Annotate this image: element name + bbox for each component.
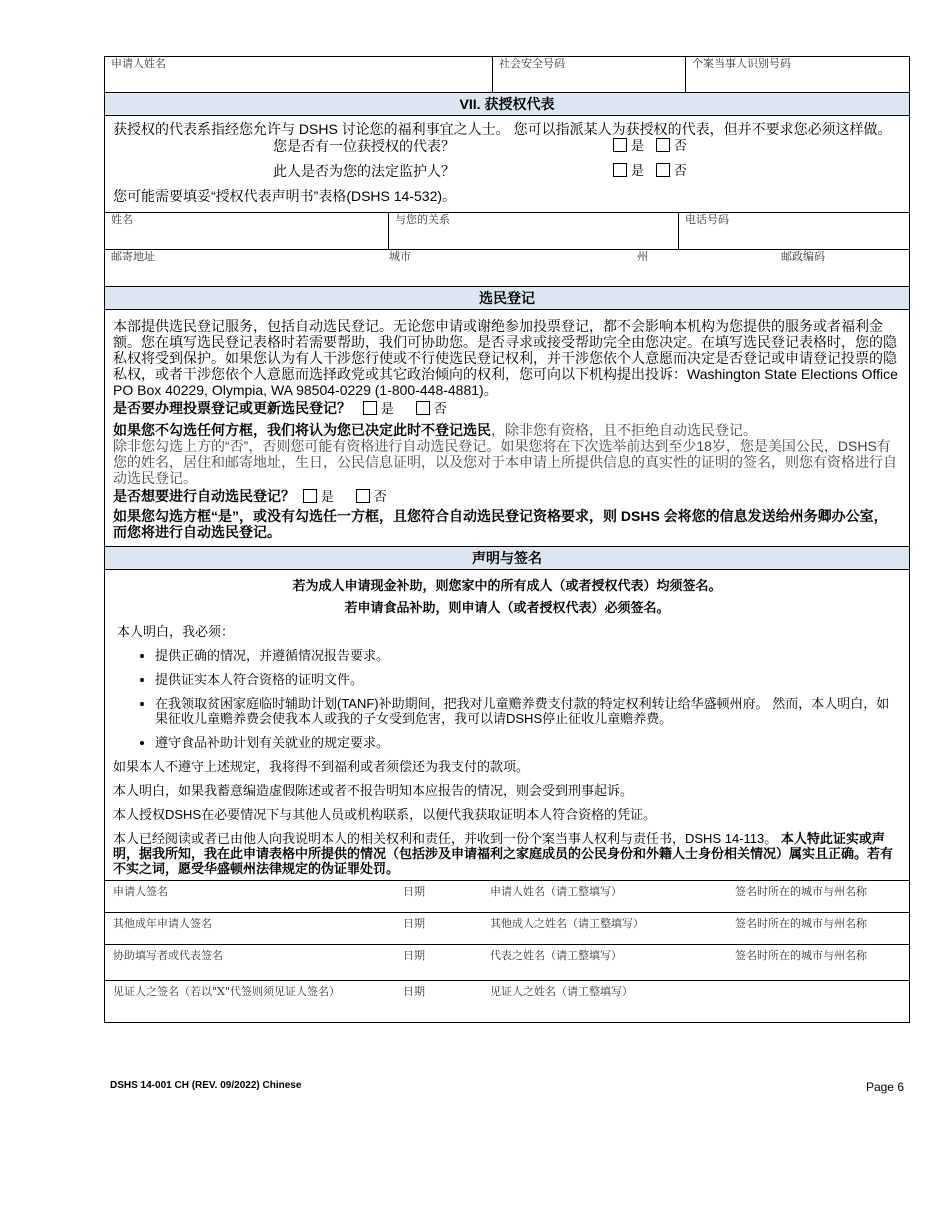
- representative-printed-name-label: 代表之姓名（请工整填写）: [490, 947, 735, 980]
- date-label: 日期: [403, 947, 490, 980]
- authorized-rep-intro: 获授权的代表系指经您允许与 DSHS 讨论您的福利事宜之人士。 您可以指派某人为…: [113, 122, 901, 137]
- client-id-label: 个案当事人识别号码: [692, 57, 791, 70]
- mailing-address-label: 邮寄地址: [105, 250, 161, 264]
- ssn-label: 社会安全号码: [499, 57, 565, 70]
- has-rep-no-checkbox[interactable]: [656, 138, 670, 152]
- yes-label: 是: [381, 402, 394, 417]
- page-footer: DSHS 14-001 CH (REV. 09/2022) Chinese Pa…: [110, 1080, 904, 1094]
- rep-phone-label: 电话号码: [685, 213, 729, 226]
- signature-block: 申请人签名 日期 申请人姓名（请工整填写） 签名时所在的城市与州名称 其他成年申…: [105, 880, 909, 1022]
- client-id-field[interactable]: 个案当事人识别号码: [685, 57, 909, 92]
- rep-relationship-field[interactable]: 与您的关系: [388, 213, 678, 249]
- authorized-rep-info: 获授权的代表系指经您允许与 DSHS 讨论您的福利事宜之人士。 您可以指派某人为…: [105, 116, 909, 212]
- auto-registration-paragraph: 除非您勾选上方的“否”，否则您可能有资格进行自动选民登记。如果您将在下次选举前达…: [113, 438, 901, 486]
- witness-signature-row[interactable]: 见证人之签名（若以"X"代签则须见证人签名） 日期 见证人之姓名（请工整填写）: [105, 980, 909, 1022]
- obligation-item: 提供正确的情况，并遵循情况报告要求。: [155, 648, 901, 663]
- date-label: 日期: [403, 915, 490, 944]
- certification-normal: 本人已经阅读或者已由他人向我说明本人的相关权利和责任，并收到一份个案当事人权利与…: [113, 831, 781, 846]
- no-label: 否: [374, 490, 387, 505]
- signing-city-state-label: 签名时所在的城市与州名称: [735, 947, 909, 980]
- register-no-checkbox[interactable]: [416, 401, 430, 415]
- other-adult-printed-name-label: 其他成人之姓名（请工整填写）: [490, 915, 735, 944]
- rep-relationship-label: 与您的关系: [395, 213, 450, 226]
- noncompliance-statement: 如果本人不遵守上述规定，我将得不到福利或者须偿还为我支付的款项。: [113, 759, 901, 775]
- applicant-signature-row[interactable]: 申请人签名 日期 申请人姓名（请工整填写） 签名时所在的城市与州名称: [105, 880, 909, 912]
- applicant-printed-name-label: 申请人姓名（请工整填写）: [490, 883, 735, 912]
- zip-label: 邮政编码: [775, 250, 831, 264]
- contact-authorization: 本人授权DSHS在必要情况下与其他人员或机构联系，以便代我获取证明本人符合资格的…: [113, 807, 901, 823]
- rep-address-row[interactable]: 邮寄地址 城市 州 邮政编码: [105, 249, 909, 286]
- guardian-yes-checkbox[interactable]: [613, 163, 627, 177]
- representative-signature-label: 协助填写者或代表签名: [105, 947, 403, 980]
- obligations-list: 提供正确的情况，并遵循情况报告要求。 提供证实本人符合资格的证明文件。 在我领取…: [113, 648, 901, 750]
- yes-label: 是: [631, 164, 644, 179]
- certification-statement: 本人已经阅读或者已由他人向我说明本人的相关权利和责任，并收到一份个案当事人权利与…: [113, 831, 901, 876]
- food-assistance-signature-note: 若申请食品补助，则申请人（或者授权代表）必须签名。: [113, 600, 901, 616]
- page-number: Page 6: [866, 1080, 904, 1094]
- no-check-notice-rest: ，除非您有资格，且不拒绝自动选民登记。: [491, 422, 757, 438]
- section-authorized-representative-header: VII. 获授权代表: [105, 92, 909, 116]
- voter-registration-body: 本部提供选民登记服务，包括自动选民登记。无论您申请或谢绝参加投票登记，都不会影响…: [105, 310, 909, 546]
- other-adult-signature-row[interactable]: 其他成年申请人签名 日期 其他成人之姓名（请工整填写） 签名时所在的城市与州名称: [105, 912, 909, 944]
- register-yes-checkbox[interactable]: [363, 401, 377, 415]
- no-label: 否: [434, 402, 447, 417]
- auto-register-question-line: 是否想要进行自动选民登记？ 是 否: [113, 488, 901, 506]
- guardian-no-checkbox[interactable]: [656, 163, 670, 177]
- no-label: 否: [674, 164, 687, 179]
- witness-signature-label: 见证人之签名（若以"X"代签则须见证人签名）: [105, 983, 403, 1022]
- legal-guardian-question: 此人是否为您的法定监护人？: [273, 163, 455, 179]
- auto-register-yes-checkbox[interactable]: [303, 489, 317, 503]
- voter-info-paragraph: 本部提供选民登记服务，包括自动选民登记。无论您申请或谢绝参加投票登记，都不会影响…: [113, 318, 901, 398]
- top-identification-row: 申请人姓名 社会安全号码 个案当事人识别号码: [105, 57, 909, 92]
- witness-empty-cell: [735, 983, 909, 1022]
- declaration-body: 若为成人申请现金补助，则您家中的所有成人（或者授权代表）均须签名。 若申请食品补…: [105, 570, 909, 880]
- applicant-name-field[interactable]: 申请人姓名: [105, 57, 492, 92]
- legal-guardian-options: 是 否: [605, 162, 687, 180]
- application-form-page: 申请人姓名 社会安全号码 个案当事人识别号码 VII. 获授权代表 获授权的代表…: [104, 56, 910, 1023]
- yes-label: 是: [631, 139, 644, 154]
- signing-city-state-label: 签名时所在的城市与州名称: [735, 883, 909, 912]
- register-question-line: 是否要办理投票登记或更新选民登记？ 是 否: [113, 400, 901, 418]
- applicant-signature-label: 申请人签名: [105, 883, 403, 912]
- form-identifier: DSHS 14-001 CH (REV. 09/2022) Chinese: [110, 1080, 301, 1094]
- auto-register-no-checkbox[interactable]: [356, 489, 370, 503]
- other-adult-signature-label: 其他成年申请人签名: [105, 915, 403, 944]
- date-label: 日期: [403, 983, 490, 1022]
- no-check-notice-bold: 如果您不勾选任何方框，我们将认为您已决定此时不登记选民: [113, 422, 491, 438]
- register-question: 是否要办理投票登记或更新选民登记？: [113, 400, 351, 416]
- signing-city-state-label: 签名时所在的城市与州名称: [735, 915, 909, 944]
- rep-phone-field[interactable]: 电话号码: [678, 213, 909, 249]
- rep-contact-row: 姓名 与您的关系 电话号码: [105, 212, 909, 249]
- state-label: 州: [631, 250, 654, 264]
- has-authorized-rep-options: 是 否: [605, 137, 687, 155]
- rep-name-label: 姓名: [111, 213, 133, 226]
- yes-label: 是: [321, 490, 334, 505]
- obligation-item: 在我领取贫困家庭临时辅助计划(TANF)补助期间，把我对儿童赡养费支付款的特定权…: [155, 696, 901, 726]
- authorized-rep-form-note: 您可能需要填妥“授权代表声明书”表格(DSHS 14-532)。: [113, 188, 456, 204]
- section-voter-registration-header: 选民登记: [105, 286, 909, 310]
- auto-register-question: 是否想要进行自动选民登记？: [113, 488, 295, 504]
- applicant-name-label: 申请人姓名: [111, 57, 166, 70]
- city-label: 城市: [383, 250, 417, 264]
- no-label: 否: [674, 139, 687, 154]
- obligation-item: 提供证实本人符合资格的证明文件。: [155, 672, 901, 687]
- no-check-notice: 如果您不勾选任何方框，我们将认为您已决定此时不登记选民，除非您有资格，且不拒绝自…: [113, 422, 901, 438]
- rep-name-field[interactable]: 姓名: [105, 213, 388, 249]
- obligation-item: 遵守食品补助计划有关就业的规定要求。: [155, 735, 901, 750]
- has-rep-yes-checkbox[interactable]: [613, 138, 627, 152]
- date-label: 日期: [403, 883, 490, 912]
- understand-must-label: 本人明白，我必须：: [113, 624, 901, 640]
- representative-signature-row[interactable]: 协助填写者或代表签名 日期 代表之姓名（请工整填写） 签名时所在的城市与州名称: [105, 944, 909, 980]
- false-statement-warning: 本人明白，如果我蓄意编造虚假陈述或者不报告明知本应报告的情况，则会受到刑事起诉。: [113, 783, 901, 799]
- has-authorized-rep-question: 您是否有一位获授权的代表？: [273, 138, 455, 154]
- ssn-field[interactable]: 社会安全号码: [492, 57, 685, 92]
- witness-printed-name-label: 见证人之姓名（请工整填写）: [490, 983, 735, 1022]
- cash-assistance-signature-note: 若为成人申请现金补助，则您家中的所有成人（或者授权代表）均须签名。: [113, 578, 901, 594]
- section-declaration-signature-header: 声明与签名: [105, 546, 909, 570]
- auto-registration-final-notice: 如果您勾选方框“是”，或没有勾选任一方框，且您符合自动选民登记资格要求，则 DS…: [113, 508, 901, 540]
